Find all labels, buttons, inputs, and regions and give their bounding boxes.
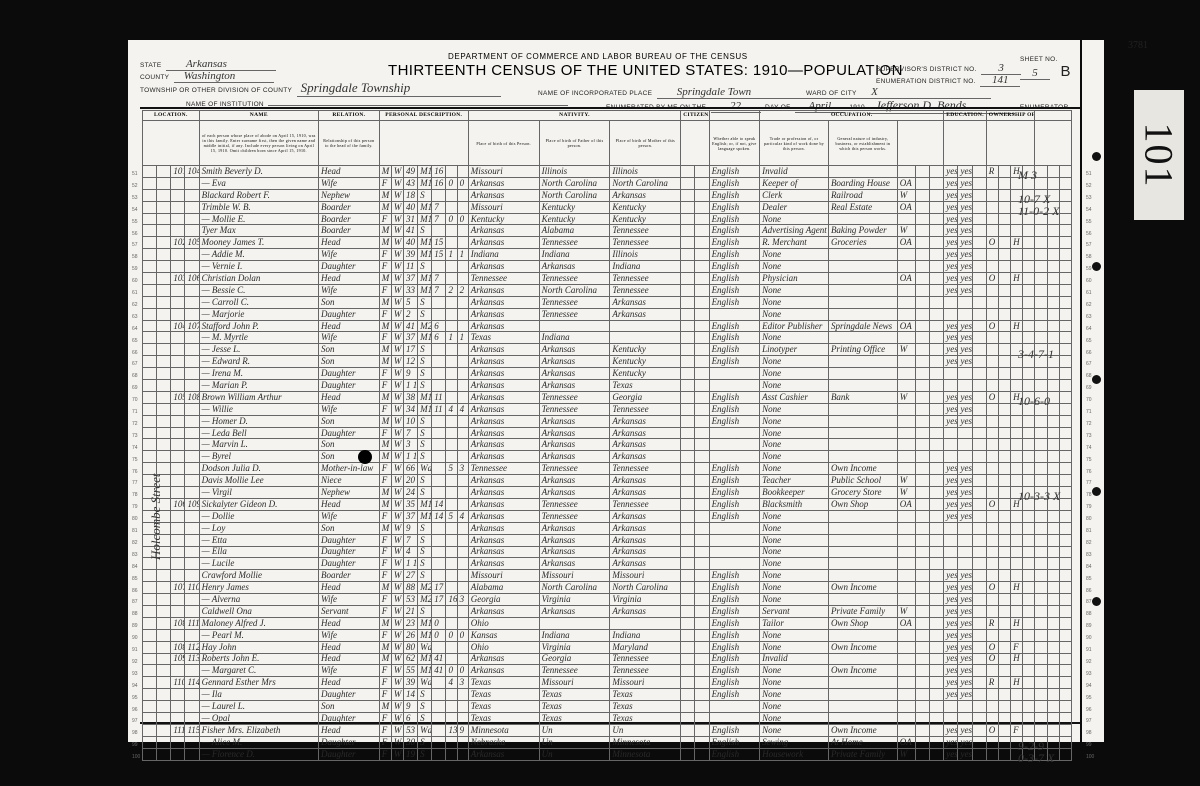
cell-language: English (709, 582, 760, 594)
cell-empty (972, 724, 986, 736)
cell-empty (972, 748, 986, 760)
cell-living: 1 (457, 249, 468, 261)
group-header-row: Location. Name Relation. Personal Descri… (143, 111, 1072, 121)
line-number: 99 (1086, 742, 1092, 748)
cell-race: W (391, 665, 403, 677)
cell-empty (930, 237, 944, 249)
cell-relation: Wife (319, 284, 380, 296)
cell-industry: Own Income (828, 641, 897, 653)
cell-trade: Bookkeeper (760, 487, 829, 499)
cell-years-married: 16 (432, 166, 446, 178)
cell-born: 5 (446, 510, 457, 522)
cell-empty (157, 748, 171, 760)
cell-empty (143, 225, 157, 237)
cell-empty (681, 284, 695, 296)
line-number: 74 (132, 445, 138, 451)
cell-empty (972, 617, 986, 629)
cell-age: 1 1/2 (403, 451, 417, 463)
cell-marital: S (418, 427, 432, 439)
cell-read: yes (944, 736, 958, 748)
cell-race: W (391, 189, 403, 201)
cell-dwelling (171, 712, 185, 724)
cell-race: W (391, 617, 403, 629)
cell-empty (915, 475, 929, 487)
cell-class (897, 594, 915, 606)
cell-industry (828, 296, 897, 308)
line-number: 88 (132, 611, 138, 617)
cell-mother-birth: Tennessee (610, 463, 681, 475)
cell-family (185, 534, 199, 546)
cell-industry (828, 332, 897, 344)
cell-trade: None (760, 534, 829, 546)
cell-living (457, 273, 468, 285)
cell-empty (998, 332, 1010, 344)
cell-empty (998, 701, 1010, 713)
cell-write: yes (958, 332, 972, 344)
cell-birth: Kentucky (468, 213, 539, 225)
cell-dwelling (171, 249, 185, 261)
extra-subheader (1035, 121, 1072, 166)
cell-empty (681, 594, 695, 606)
cell-empty (1047, 249, 1059, 261)
cell-trade: None (760, 582, 829, 594)
cell-industry (828, 701, 897, 713)
cell-sex: F (379, 475, 391, 487)
cell-home (1011, 261, 1023, 273)
cell-birth: Arkansas (468, 498, 539, 510)
cell-read (944, 451, 958, 463)
table-row: Caldwell OnaServantFW21SArkansasArkansas… (143, 605, 1072, 617)
cell-race: W (391, 403, 403, 415)
line-number: 95 (132, 695, 138, 701)
cell-empty (143, 570, 157, 582)
cell-empty (681, 463, 695, 475)
table-row: — Laurel L.SonMW9STexasTexasTexasNone (143, 701, 1072, 713)
cell-language: English (709, 189, 760, 201)
cell-living: 9 (457, 724, 468, 736)
cell-empty (1059, 677, 1071, 689)
cell-living (457, 689, 468, 701)
location-subheader (143, 121, 200, 166)
cell-empty (681, 415, 695, 427)
cell-years-married: 0 (432, 617, 446, 629)
cell-living (457, 487, 468, 499)
cell-born: 2 (446, 284, 457, 296)
cell-empty (157, 451, 171, 463)
cell-empty (972, 736, 986, 748)
cell-empty (695, 344, 709, 356)
cell-name: — Margaret C. (199, 665, 318, 677)
cell-name: Dodson Julia D. (199, 463, 318, 475)
cell-race: W (391, 368, 403, 380)
cell-age: 33 (403, 284, 417, 296)
cell-write: yes (958, 356, 972, 368)
line-number: 93 (132, 671, 138, 677)
cell-empty (1035, 296, 1047, 308)
cell-language (709, 368, 760, 380)
cell-empty (1059, 284, 1071, 296)
cell-father-birth: Un (539, 724, 610, 736)
cell-dwelling (171, 201, 185, 213)
cell-sex: F (379, 712, 391, 724)
cell-class: W (897, 605, 915, 617)
line-number: 51 (1086, 171, 1092, 177)
cell-living (457, 320, 468, 332)
employment-subheader (897, 121, 944, 166)
line-number: 65 (1086, 338, 1092, 344)
cell-empty (915, 296, 929, 308)
cell-marital: S (418, 308, 432, 320)
cell-empty (157, 213, 171, 225)
cell-empty (143, 391, 157, 403)
cell-empty (1047, 724, 1059, 736)
cell-dwelling (171, 308, 185, 320)
industry-subheader: General nature of industry, business, or… (828, 121, 897, 166)
cell-empty (1059, 427, 1071, 439)
cell-mother-birth: Tennessee (610, 237, 681, 249)
cell-own: R (986, 677, 998, 689)
cell-name: — Ella (199, 546, 318, 558)
cell-born (446, 653, 457, 665)
cell-empty (1059, 296, 1071, 308)
cell-empty (998, 166, 1010, 178)
cell-relation: Wife (319, 665, 380, 677)
cell-family (185, 356, 199, 368)
cell-empty (1023, 617, 1035, 629)
cell-language (709, 522, 760, 534)
cell-empty (143, 344, 157, 356)
cell-read: yes (944, 582, 958, 594)
cell-industry (828, 451, 897, 463)
cell-age: 38 (403, 391, 417, 403)
cell-dwelling: 105 (171, 391, 185, 403)
cell-own (986, 605, 998, 617)
cell-empty (1059, 237, 1071, 249)
cell-class (897, 570, 915, 582)
cell-empty (157, 261, 171, 273)
cell-empty (915, 641, 929, 653)
cell-years-married (432, 261, 446, 273)
cell-age: 37 (403, 273, 417, 285)
cell-empty (1023, 653, 1035, 665)
cell-relation: Wife (319, 594, 380, 606)
cell-write (958, 712, 972, 724)
cell-age: 7 (403, 427, 417, 439)
cell-father-birth: Tennessee (539, 510, 610, 522)
margin-tally: 11-0-2 X (1018, 204, 1059, 219)
cell-own: O (986, 653, 998, 665)
cell-birth: Arkansas (468, 748, 539, 760)
cell-class: W (897, 344, 915, 356)
cell-relation: Daughter (319, 261, 380, 273)
cell-empty (998, 594, 1010, 606)
cell-relation: Head (319, 653, 380, 665)
cell-class: OA (897, 177, 915, 189)
cell-empty (915, 677, 929, 689)
cell-dwelling: 107 (171, 582, 185, 594)
cell-empty (695, 439, 709, 451)
cell-birth: Arkansas (468, 189, 539, 201)
cell-empty (157, 273, 171, 285)
cell-empty (157, 308, 171, 320)
cell-trade: None (760, 463, 829, 475)
cell-born (446, 356, 457, 368)
cell-empty (972, 166, 986, 178)
cell-empty (972, 332, 986, 344)
cell-language: English (709, 689, 760, 701)
cell-birth: Arkansas (468, 391, 539, 403)
cell-father-birth: Texas (539, 701, 610, 713)
cell-living (457, 237, 468, 249)
cell-age: 30 (403, 736, 417, 748)
cell-class (897, 356, 915, 368)
cell-name: — Virgil (199, 487, 318, 499)
cell-empty (681, 189, 695, 201)
line-number: 66 (132, 350, 138, 356)
cell-mother-birth: Kentucky (610, 356, 681, 368)
cell-empty (1047, 629, 1059, 641)
cell-father-birth: Tennessee (539, 237, 610, 249)
cell-language: English (709, 629, 760, 641)
cell-years-married (432, 451, 446, 463)
cell-industry (828, 308, 897, 320)
cell-empty (930, 296, 944, 308)
cell-read: yes (944, 498, 958, 510)
cell-empty (930, 403, 944, 415)
cell-empty (998, 475, 1010, 487)
cell-empty (930, 748, 944, 760)
cell-empty (1023, 237, 1035, 249)
table-row: — Mollie E.BoarderFW31M1700KentuckyKentu… (143, 213, 1072, 225)
ward-label: Ward of city (806, 90, 857, 97)
cell-read: yes (944, 629, 958, 641)
cell-empty (695, 689, 709, 701)
cell-own (986, 748, 998, 760)
cell-empty (998, 712, 1010, 724)
cell-home (1011, 712, 1023, 724)
line-number: 94 (1086, 683, 1092, 689)
cell-empty (1023, 261, 1035, 273)
group-language (709, 111, 760, 121)
cell-relation: Daughter (319, 308, 380, 320)
cell-empty (695, 510, 709, 522)
cell-age: 40 (403, 237, 417, 249)
cell-class: W (897, 391, 915, 403)
cell-sex: M (379, 439, 391, 451)
cell-empty (143, 724, 157, 736)
cell-birth: Texas (468, 689, 539, 701)
cell-birth: Missouri (468, 201, 539, 213)
cell-read: yes (944, 273, 958, 285)
cell-industry (828, 249, 897, 261)
cell-living (457, 546, 468, 558)
line-number: 98 (132, 730, 138, 736)
cell-relation: Head (319, 582, 380, 594)
cell-empty (930, 320, 944, 332)
cell-class (897, 166, 915, 178)
cell-home (1011, 368, 1023, 380)
cell-empty (1023, 701, 1035, 713)
cell-trade: Servant (760, 605, 829, 617)
cell-birth: Arkansas (468, 225, 539, 237)
cell-industry: Groceries (828, 237, 897, 249)
cell-marital: S (418, 712, 432, 724)
cell-empty (1035, 308, 1047, 320)
cell-empty (930, 546, 944, 558)
cell-read: yes (944, 237, 958, 249)
cell-family (185, 463, 199, 475)
cell-name: — M. Myrtle (199, 332, 318, 344)
cell-empty (681, 237, 695, 249)
cell-relation: Boarder (319, 201, 380, 213)
cell-race: W (391, 534, 403, 546)
cell-empty (1035, 320, 1047, 332)
cell-empty (157, 356, 171, 368)
cell-empty (1035, 522, 1047, 534)
cell-class: W (897, 748, 915, 760)
line-number: 77 (132, 480, 138, 486)
cell-name: — Carroll C. (199, 296, 318, 308)
cell-class (897, 712, 915, 724)
cell-empty (681, 356, 695, 368)
cell-empty (998, 629, 1010, 641)
cell-name: Stafford John P. (199, 320, 318, 332)
cell-trade: None (760, 368, 829, 380)
cell-empty (1035, 558, 1047, 570)
cell-empty (972, 380, 986, 392)
cell-write: yes (958, 213, 972, 225)
cell-family (185, 701, 199, 713)
cell-sex: M (379, 344, 391, 356)
cell-trade: None (760, 546, 829, 558)
cell-living (457, 582, 468, 594)
cell-empty (915, 177, 929, 189)
cell-empty (1035, 510, 1047, 522)
line-number: 76 (132, 469, 138, 475)
cell-mother-birth: Arkansas (610, 189, 681, 201)
cell-empty (915, 249, 929, 261)
cell-sex: F (379, 368, 391, 380)
cell-empty (930, 225, 944, 237)
cell-sex: F (379, 665, 391, 677)
line-number: 73 (132, 433, 138, 439)
cell-empty (915, 653, 929, 665)
cell-father-birth: Texas (539, 712, 610, 724)
cell-empty (695, 332, 709, 344)
cell-empty (1047, 570, 1059, 582)
cell-dwelling (171, 296, 185, 308)
cell-read (944, 701, 958, 713)
line-number: 65 (132, 338, 138, 344)
cell-trade: Invalid (760, 166, 829, 178)
cell-years-married (432, 368, 446, 380)
cell-write: yes (958, 320, 972, 332)
cell-industry (828, 534, 897, 546)
cell-relation: Boarder (319, 570, 380, 582)
cell-years-married (432, 189, 446, 201)
cell-empty (1047, 605, 1059, 617)
cell-empty (695, 261, 709, 273)
cell-living (457, 605, 468, 617)
cell-age: 10 (403, 415, 417, 427)
line-number: 77 (1086, 480, 1092, 486)
cell-empty (1035, 605, 1047, 617)
line-number: 58 (132, 254, 138, 260)
cell-read: yes (944, 403, 958, 415)
cell-empty (972, 284, 986, 296)
cell-relation: Mother-in-law (319, 463, 380, 475)
punch-hole (1092, 597, 1101, 606)
cell-father-birth: Virginia (539, 594, 610, 606)
punch-hole (1092, 152, 1101, 161)
cell-sex: M (379, 701, 391, 713)
cell-relation: Wife (319, 510, 380, 522)
cell-empty (695, 284, 709, 296)
cell-empty (1047, 284, 1059, 296)
cell-father-birth: Arkansas (539, 522, 610, 534)
cell-empty (1059, 463, 1071, 475)
cell-empty (695, 665, 709, 677)
cell-industry (828, 712, 897, 724)
cell-marital: M1 (418, 249, 432, 261)
cell-empty (930, 415, 944, 427)
cell-father-birth: Un (539, 736, 610, 748)
line-number: 56 (132, 231, 138, 237)
cell-dwelling (171, 213, 185, 225)
cell-marital: S (418, 736, 432, 748)
cell-empty (998, 546, 1010, 558)
cell-empty (681, 475, 695, 487)
cell-empty (1047, 475, 1059, 487)
cell-years-married: 11 (432, 391, 446, 403)
cell-empty (1047, 594, 1059, 606)
cell-father-birth: Kentucky (539, 213, 610, 225)
cell-class: OA (897, 736, 915, 748)
cell-father-birth: Arkansas (539, 344, 610, 356)
cell-empty (1035, 415, 1047, 427)
cell-empty (681, 558, 695, 570)
cell-mother-birth: Arkansas (610, 534, 681, 546)
cell-empty (1023, 284, 1035, 296)
cell-empty (1035, 617, 1047, 629)
cell-empty (1023, 368, 1035, 380)
cell-name: Christian Dolan (199, 273, 318, 285)
cell-class (897, 439, 915, 451)
line-number: 61 (132, 290, 138, 296)
cell-name: Sickalyter Gideon D. (199, 498, 318, 510)
cell-father-birth: Arkansas (539, 475, 610, 487)
cell-name: — Marian P. (199, 380, 318, 392)
cell-empty (1059, 712, 1071, 724)
cell-industry: Private Family (828, 605, 897, 617)
cell-write: yes (958, 689, 972, 701)
cell-race: W (391, 201, 403, 213)
cell-marital: M1 (418, 629, 432, 641)
cell-sex: F (379, 510, 391, 522)
cell-sex: F (379, 284, 391, 296)
cell-home (1011, 534, 1023, 546)
cell-empty (972, 415, 986, 427)
line-number: 52 (1086, 183, 1092, 189)
cell-empty (972, 403, 986, 415)
cell-language: English (709, 403, 760, 415)
cell-industry (828, 522, 897, 534)
cell-empty (1023, 689, 1035, 701)
cell-race: W (391, 356, 403, 368)
cell-dwelling (171, 736, 185, 748)
cell-empty (157, 403, 171, 415)
cell-empty (695, 463, 709, 475)
